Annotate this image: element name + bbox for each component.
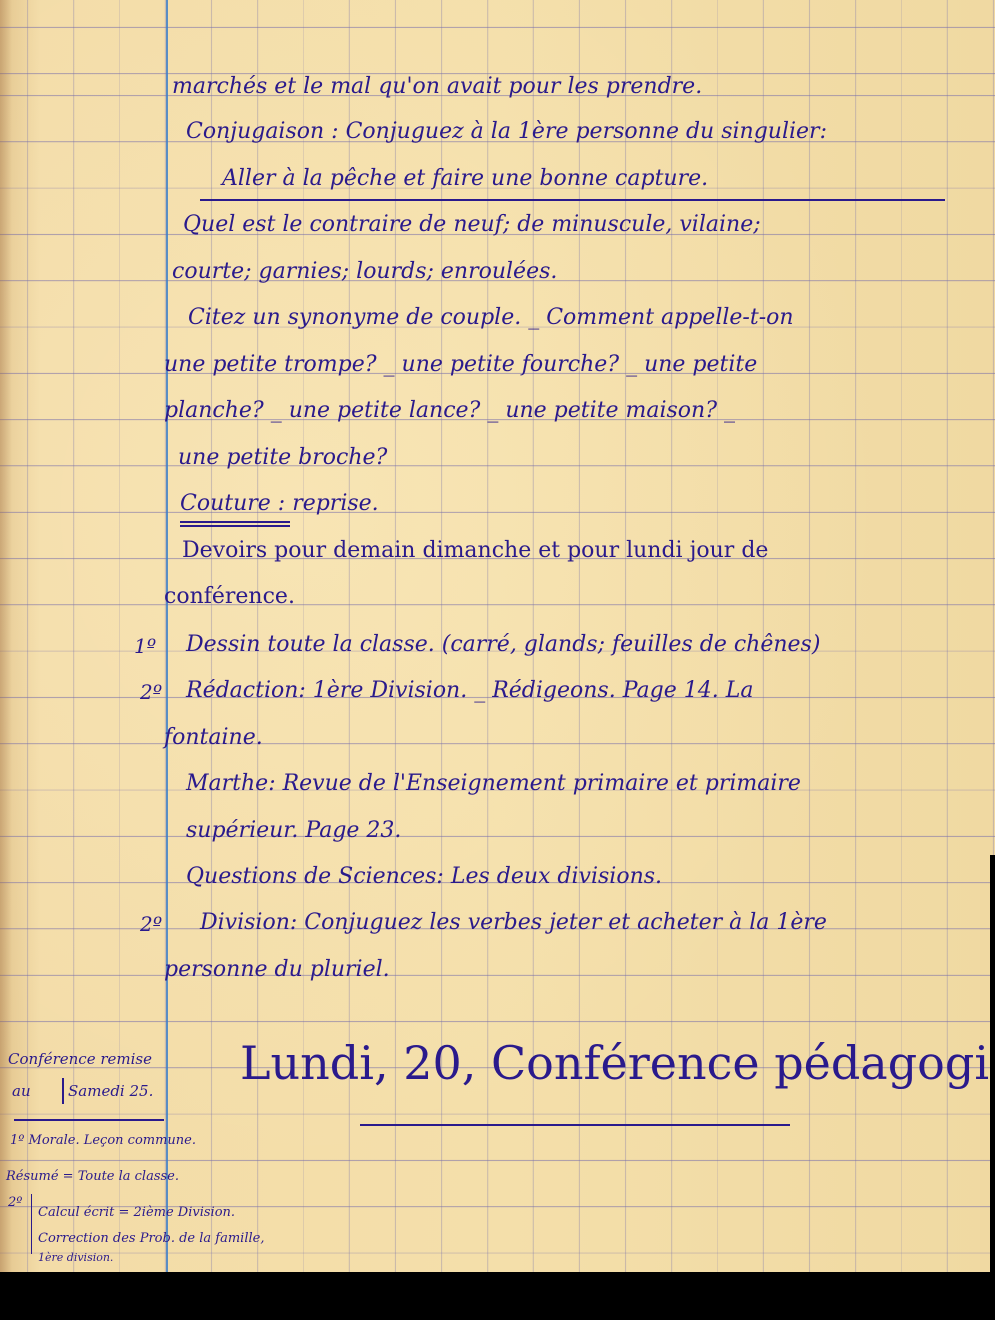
text-line: Dessin toute la classe. (carré, glands; … (186, 634, 820, 656)
text-line: conférence. (164, 586, 295, 608)
margin-note-line2: Samedi 25. (68, 1084, 153, 1099)
text-line: Conjugaison : Conjuguez à la 1ère person… (186, 121, 827, 143)
bottom-note: Correction des Prob. de la famille, (38, 1232, 264, 1245)
text-line: Devoirs pour demain dimanche et pour lun… (182, 540, 768, 562)
page-heading: Lundi, 20, Conférence pédagogique. (240, 1040, 995, 1086)
text-line: marchés et le mal qu'on avait pour les p… (172, 76, 702, 98)
text-line: planche? _ une petite lance? _ une petit… (164, 400, 735, 422)
double-underline (180, 525, 290, 527)
margin-note-prefix: au (12, 1084, 31, 1099)
bottom-note: Résumé = Toute la classe. (6, 1170, 179, 1183)
page-edge-shadow (0, 0, 12, 1272)
item-number: 2º (8, 1196, 22, 1209)
double-underline (180, 521, 290, 523)
bottom-note: Calcul écrit = 2ième Division. (38, 1206, 235, 1219)
heading-underline (360, 1124, 790, 1126)
text-line: Quel est le contraire de neuf; de minusc… (183, 214, 761, 236)
text-line: Rédaction: 1ère Division. _ Rédigeons. P… (186, 680, 753, 702)
underline (200, 199, 945, 201)
text-line: Citez un synonyme de couple. _ Comment a… (188, 307, 794, 329)
item-number: 1º (134, 634, 156, 658)
text-line: supérieur. Page 23. (186, 820, 401, 842)
bottom-note: 1º Morale. Leçon commune. (10, 1134, 196, 1147)
text-line: une petite broche? (178, 447, 387, 469)
text-line: Division: Conjuguez les verbes jeter et … (200, 912, 827, 934)
section-heading-couture: Couture : reprise. (180, 493, 379, 515)
text-line: personne du pluriel. (164, 959, 390, 981)
scan-edge (990, 855, 995, 1272)
text-line: fontaine. (164, 727, 263, 749)
bottom-note: 1ère division. (38, 1252, 113, 1263)
text-line: Questions de Sciences: Les deux division… (186, 866, 662, 888)
scan-border (0, 1272, 995, 1320)
item-number: 2º (140, 912, 162, 936)
text-line: Marthe: Revue de l'Enseignement primaire… (186, 773, 801, 795)
text-line: une petite trompe? _ une petite fourche?… (164, 354, 757, 376)
underline (14, 1119, 164, 1121)
margin-line (166, 0, 168, 1272)
text-line-underlined: Aller à la pêche et faire une bonne capt… (222, 168, 708, 190)
bracket (31, 1194, 32, 1254)
bracket (62, 1078, 64, 1104)
text-line: courte; garnies; lourds; enroulées. (172, 261, 557, 283)
notebook-page: marchés et le mal qu'on avait pour les p… (0, 0, 995, 1272)
margin-note-line1: Conférence remise (8, 1052, 152, 1067)
item-number: 2º (140, 680, 162, 704)
